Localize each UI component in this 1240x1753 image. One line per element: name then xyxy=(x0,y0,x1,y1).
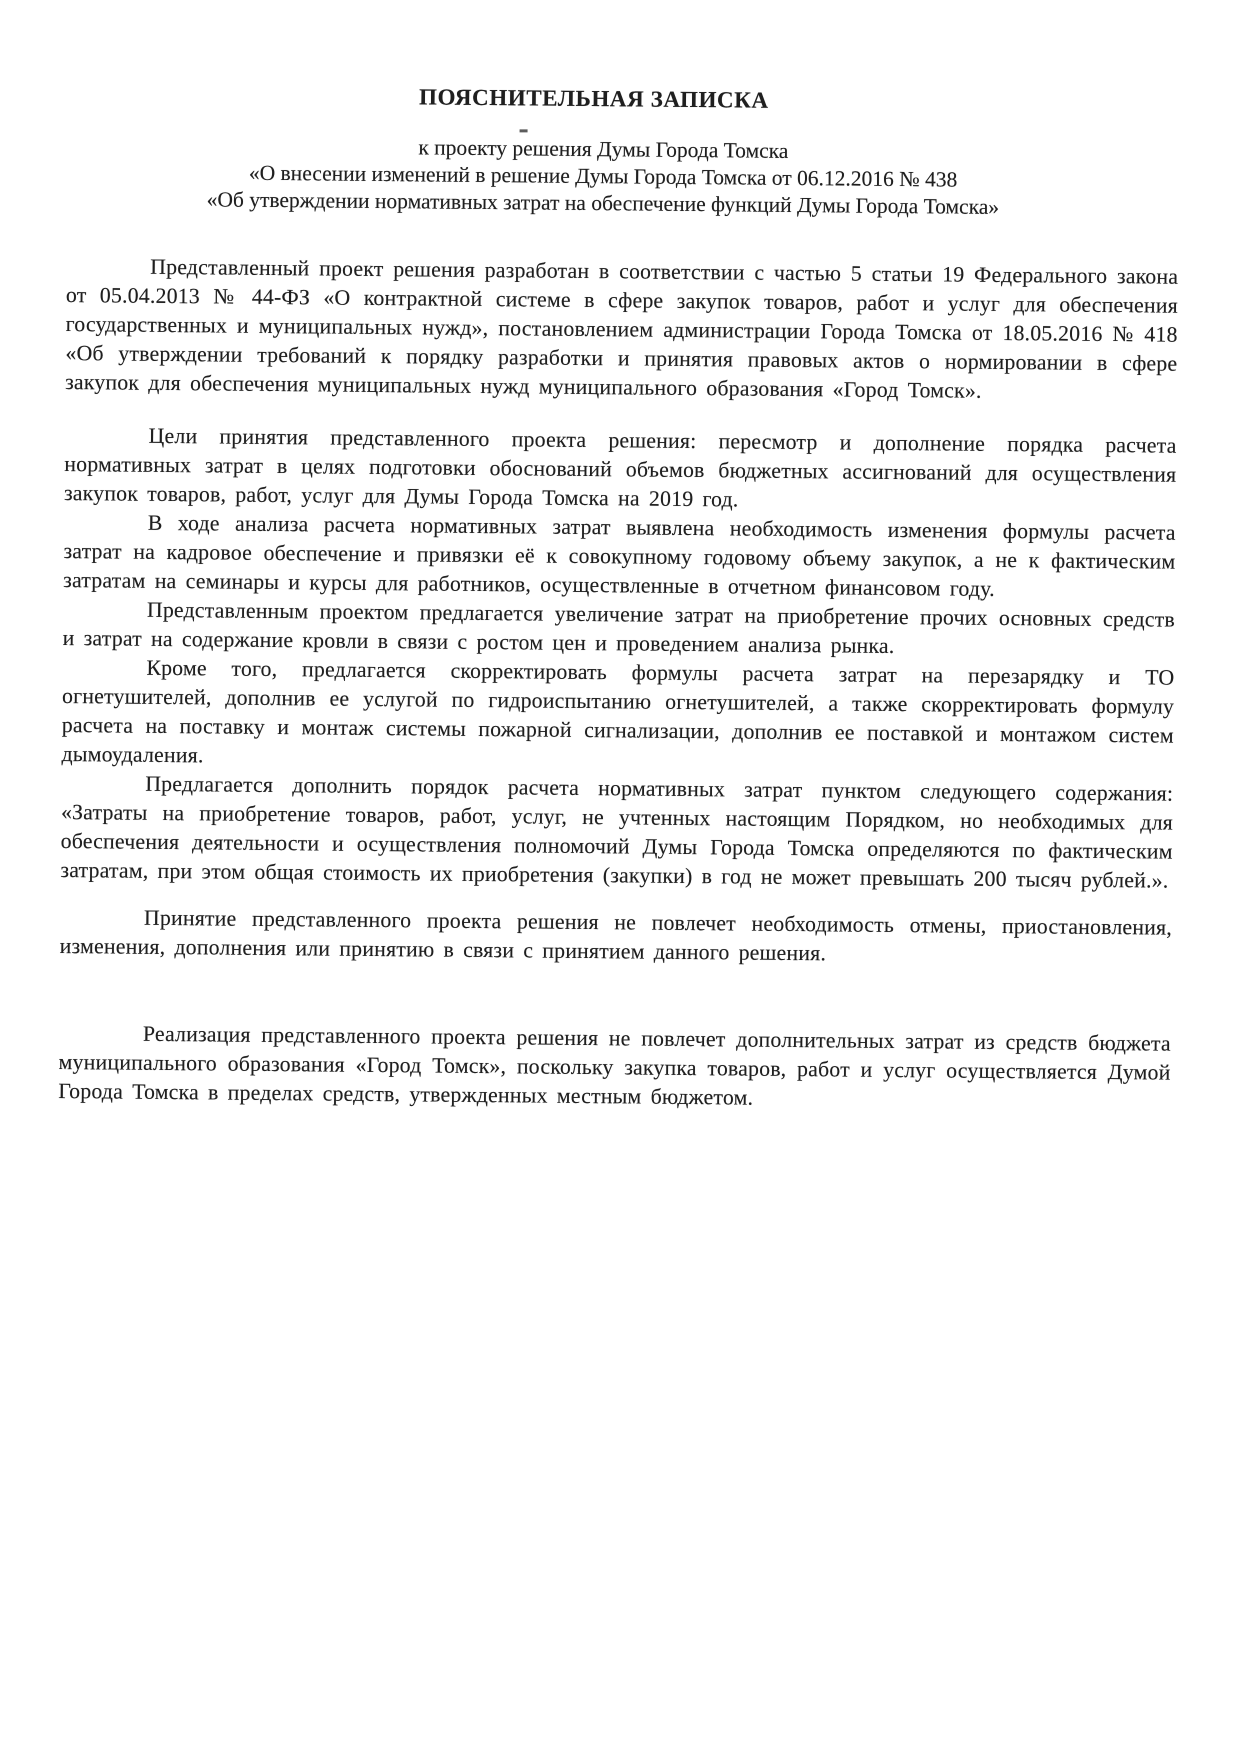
document-subtitle: к проекту решения Думы Города Томска «О … xyxy=(67,131,1180,223)
paragraph-legal-basis: Представленный проект решения разработан… xyxy=(65,252,1178,408)
scan-artifact-dash xyxy=(520,129,528,132)
paragraph-cost-increase: Представленным проектом предлагается уве… xyxy=(63,595,1176,664)
document-title: ПОЯСНИТЕЛЬНАЯ ЗАПИСКА xyxy=(68,81,1180,118)
scanned-document-page: ПОЯСНИТЕЛЬНАЯ ЗАПИСКА к проекту решения … xyxy=(0,0,1240,1753)
document-body: Представленный проект решения разработан… xyxy=(58,252,1178,1117)
paragraph-goals: Цели принятия представленного проекта ре… xyxy=(64,421,1177,519)
document-content: ПОЯСНИТЕЛЬНАЯ ЗАПИСКА к проекту решения … xyxy=(58,81,1180,1117)
paragraph-formulas-correction: Кроме того, предлагается скорректировать… xyxy=(61,653,1174,780)
paragraph-analysis: В ходе анализа расчета нормативных затра… xyxy=(63,508,1176,606)
paragraph-no-extra-costs: Реализация представленного проекта решен… xyxy=(58,1019,1171,1117)
paragraph-no-cancellation: Принятие представленного проекта решения… xyxy=(60,903,1173,972)
paragraph-new-clause: Предлагается дополнить порядок расчета н… xyxy=(60,769,1173,896)
